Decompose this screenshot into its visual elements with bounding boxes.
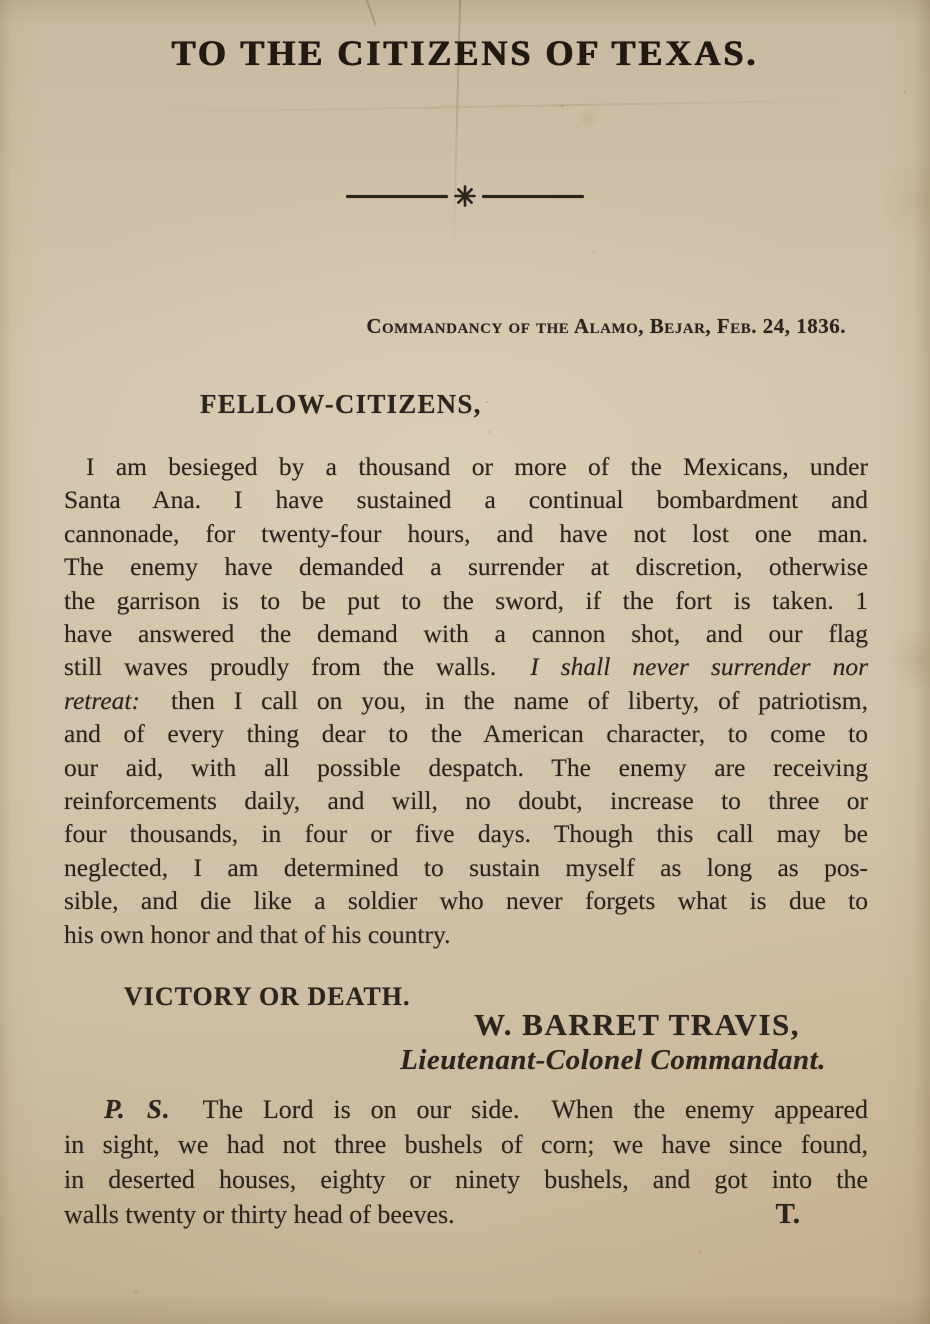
divider-ornament	[0, 183, 930, 209]
postscript-line: P. S. The Lord is on our side. When the …	[64, 1092, 868, 1127]
body-line: neglected, I am determined to sustain my…	[64, 851, 868, 884]
asterisk-star-icon	[453, 184, 477, 208]
body-line-text: then I call on you, in the name of liber…	[171, 686, 868, 715]
postscript-line: in deserted houses, eighty or ninety bus…	[64, 1162, 868, 1197]
body-line: still waves proudly from the walls. I sh…	[64, 650, 868, 683]
signature-title: Lieutenant-Colonel Commandant.	[400, 1044, 826, 1077]
document-title: TO THE CITIZENS OF TEXAS.	[0, 32, 930, 74]
postscript-text: The Lord is on our side.	[203, 1095, 520, 1124]
body-line: the garrison is to be put to the sword, …	[64, 584, 868, 617]
body-line-text: still waves proudly from the walls.	[64, 652, 496, 681]
body-line-emphasis: retreat:	[64, 686, 140, 715]
body-line: Santa Ana. I have sustained a continual …	[64, 483, 868, 516]
body-line: our aid, with all possible despatch. The…	[64, 751, 868, 784]
postscript-initial: T.	[776, 1197, 800, 1232]
victory-or-death-motto: VICTORY OR DEATH.	[124, 982, 410, 1012]
body-line: sible, and die like a soldier who never …	[64, 884, 868, 917]
body-line: and of every thing dear to the American …	[64, 717, 868, 750]
body-paragraph: I am besieged by a thousand or more of t…	[64, 450, 868, 951]
body-line: reinforcements daily, and will, no doubt…	[64, 784, 868, 817]
body-line: I am besieged by a thousand or more of t…	[64, 450, 868, 483]
rule-segment	[346, 195, 448, 198]
body-line: four thousands, in four or five days. Th…	[64, 817, 868, 850]
postscript-text: When the enemy appeared	[551, 1095, 868, 1124]
broadside-document: TO THE CITIZENS OF TEXAS. Commandancy of…	[0, 0, 930, 1324]
body-line: have answered the demand with a cannon s…	[64, 617, 868, 650]
body-line: retreat: then I call on you, in the name…	[64, 684, 868, 717]
paper-crease	[0, 98, 930, 116]
dateline: Commandancy of the Alamo, Bejar, Feb. 24…	[366, 314, 846, 339]
paper-crease	[365, 0, 376, 25]
body-line: The enemy have demanded a surrender at d…	[64, 550, 868, 583]
body-line-emphasis: I shall never surrender nor	[530, 652, 868, 681]
postscript-label: P. S.	[104, 1094, 171, 1124]
postscript-paragraph: P. S. The Lord is on our side. When the …	[64, 1092, 868, 1232]
postscript-line: walls twenty or thirty head of beeves. T…	[64, 1197, 868, 1232]
postscript-line: in sight, we had not three bushels of co…	[64, 1127, 868, 1162]
postscript-text: walls twenty or thirty head of beeves.	[64, 1197, 455, 1232]
signature-name: W. BARRET TRAVIS,	[474, 1007, 800, 1043]
rule-segment	[482, 195, 584, 198]
salutation: FELLOW-CITIZENS,	[200, 389, 482, 420]
body-line: cannonade, for twenty-four hours, and ha…	[64, 517, 868, 550]
body-line: his own honor and that of his country.	[64, 918, 868, 951]
